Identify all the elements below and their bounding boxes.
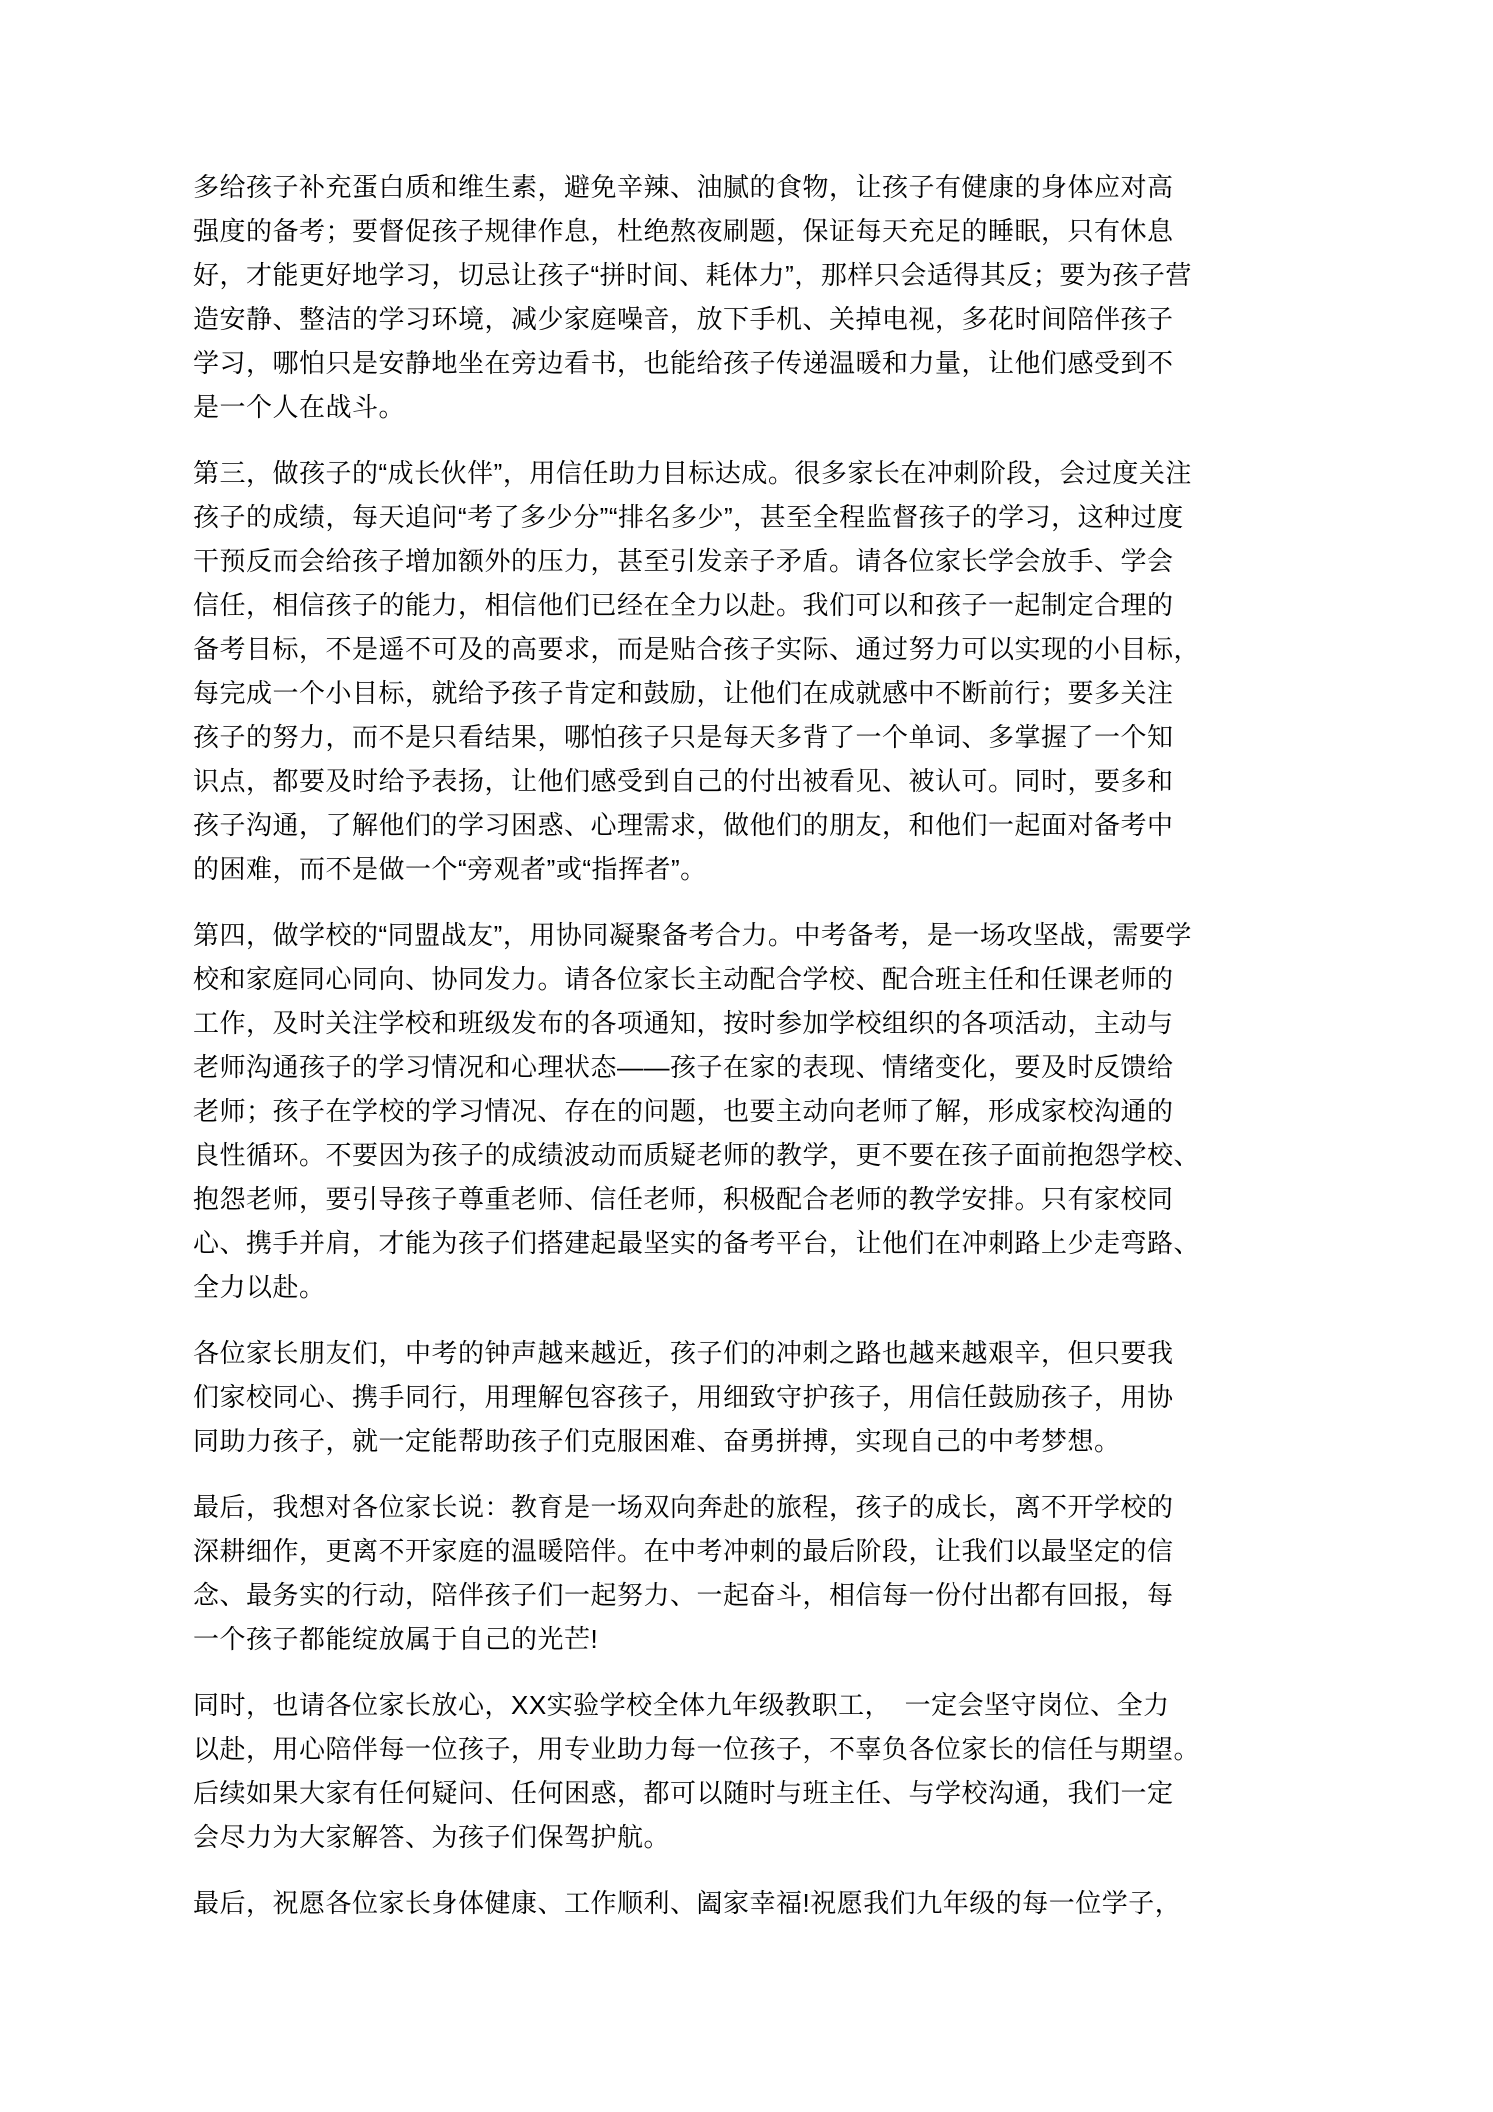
paragraph-fourth-school-ally: 第四，做学校的“同盟战友”，用协同凝聚备考合力。中考备考，是一场攻坚战，需要学 … bbox=[193, 913, 1443, 1309]
document-page: 多给孩子补充蛋白质和维生素，避免辛辣、油腻的食物，让孩子有健康的身体应对高 强度… bbox=[0, 0, 1493, 2112]
paragraph-school-commitment: 同时，也请各位家长放心，XX实验学校全体九年级教职工， 一定会坚守岗位、全力 以… bbox=[193, 1683, 1443, 1859]
paragraph-final-message: 最后，我想对各位家长说：教育是一场双向奔赴的旅程，孩子的成长，离不开学校的 深耕… bbox=[193, 1485, 1443, 1661]
document-text-block: 多给孩子补充蛋白质和维生素，避免辛辣、油腻的食物，让孩子有健康的身体应对高 强度… bbox=[193, 165, 1443, 1925]
paragraph-third-growth-partner: 第三，做孩子的“成长伙伴”，用信任助力目标达成。很多家长在冲刺阶段，会过度关注 … bbox=[193, 451, 1443, 891]
paragraph-health-care: 多给孩子补充蛋白质和维生素，避免辛辣、油腻的食物，让孩子有健康的身体应对高 强度… bbox=[193, 165, 1443, 429]
paragraph-closing-wishes: 最后，祝愿各位家长身体健康、工作顺利、阖家幸福!祝愿我们九年级的每一位学子， bbox=[193, 1881, 1443, 1925]
paragraph-parents-appeal: 各位家长朋友们，中考的钟声越来越近，孩子们的冲刺之路也越来越艰辛，但只要我 们家… bbox=[193, 1331, 1443, 1463]
